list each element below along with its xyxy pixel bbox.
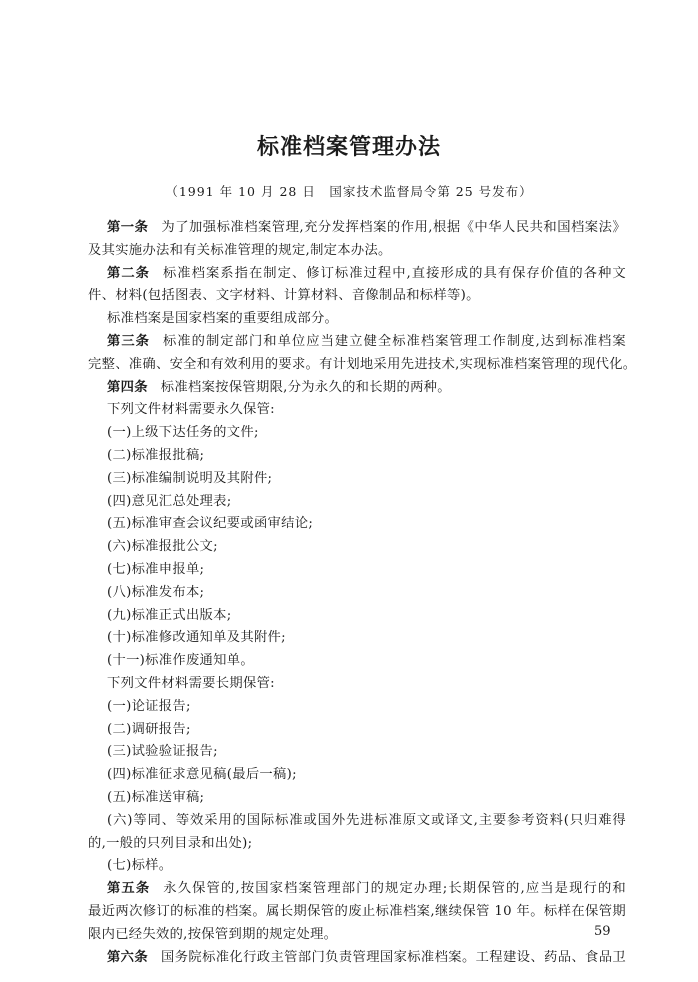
article-line: 第三条标准的制定部门和单位应当建立健全标准档案管理工作制度,达到标准档案 xyxy=(88,331,626,354)
line-text: (三)标准编制说明及其附件; xyxy=(107,471,272,486)
line-text: 永久保管的,按国家档案管理部门的规定办理;长期保管的,应当是现行的和 xyxy=(163,881,626,896)
text-line: (五)标准审查会议纪要或函审结论; xyxy=(88,513,626,536)
text-line: 及其实施办法和有关标准管理的规定,制定本办法。 xyxy=(88,240,626,263)
line-text: (七)标准申报单; xyxy=(107,562,204,577)
text-line: (三)标准编制说明及其附件; xyxy=(88,468,626,491)
line-text: (七)标样。 xyxy=(107,858,172,873)
text-line: (十一)标准作废通知单。 xyxy=(88,650,626,673)
document-body: 第一条为了加强标准档案管理,充分发挥档案的作用,根据《中华人民共和国档案法》及其… xyxy=(88,217,626,969)
line-text: (五)标准审查会议纪要或函审结论; xyxy=(107,516,313,531)
line-text: 下列文件材料需要永久保管: xyxy=(107,402,275,417)
line-text: (五)标准送审稿; xyxy=(107,790,204,805)
article-line: 第四条标准档案按保管期限,分为永久的和长期的两种。 xyxy=(88,377,626,400)
article-heading: 第二条 xyxy=(107,266,150,281)
line-text: (二)调研报告; xyxy=(107,722,191,737)
page-number: 59 xyxy=(594,924,611,939)
article-heading: 第三条 xyxy=(107,334,150,349)
text-line: (八)标准发布本; xyxy=(88,582,626,605)
line-text: 及其实施办法和有关标准管理的规定,制定本办法。 xyxy=(88,243,392,258)
line-text: (四)标准征求意见稿(最后一稿); xyxy=(107,767,297,782)
line-text: 标准档案按保管期限,分为永久的和长期的两种。 xyxy=(161,380,451,395)
text-line: 限内已经失效的,按保管到期的规定处理。 xyxy=(88,924,626,947)
line-text: (九)标准正式出版本; xyxy=(107,608,232,623)
line-text: (十一)标准作废通知单。 xyxy=(107,653,254,668)
line-text: (一)论证报告; xyxy=(107,699,191,714)
line-text: 标准的制定部门和单位应当建立健全标准档案管理工作制度,达到标准档案 xyxy=(163,334,626,349)
line-text: 为了加强标准档案管理,充分发挥档案的作用,根据《中华人民共和国档案法》 xyxy=(161,220,626,235)
text-line: 最近两次修订的标准的档案。属长期保管的废止标准档案,继续保管 10 年。标样在保… xyxy=(88,901,626,924)
line-text: 国务院标准化行政主管部门负责管理国家标准档案。工程建设、药品、食品卫 xyxy=(161,950,626,965)
text-line: (二)标准报批稿; xyxy=(88,445,626,468)
text-line: (十)标准修改通知单及其附件; xyxy=(88,627,626,650)
line-text: 最近两次修订的标准的档案。属长期保管的废止标准档案,继续保管 10 年。标样在保… xyxy=(88,904,626,919)
line-text: 下列文件材料需要长期保管: xyxy=(107,676,275,691)
text-line: (六)标准报批公文; xyxy=(88,536,626,559)
text-line: (六)等同、等效采用的国际标准或国外先进标准原文或译文,主要参考资料(只归难得 xyxy=(88,810,626,833)
line-text: (四)意见汇总处理表; xyxy=(107,494,232,509)
line-text: 件、材料(包括图表、文字材料、计算材料、音像制品和标样等)。 xyxy=(88,288,480,303)
document-subtitle: （1991 年 10 月 28 日 国家技术监督局令第 25 号发布） xyxy=(0,182,698,200)
article-line: 第二条标准档案系指在制定、修订标准过程中,直接形成的具有保存价值的各种文 xyxy=(88,263,626,286)
text-line: (一)论证报告; xyxy=(88,696,626,719)
text-line: 件、材料(包括图表、文字材料、计算材料、音像制品和标样等)。 xyxy=(88,285,626,308)
text-line: 完整、准确、安全和有效利用的要求。有计划地采用先进技术,实现标准档案管理的现代化… xyxy=(88,354,626,377)
text-line: (一)上级下达任务的文件; xyxy=(88,422,626,445)
article-heading: 第五条 xyxy=(107,881,150,896)
text-line: (三)试验验证报告; xyxy=(88,741,626,764)
article-heading: 第六条 xyxy=(107,950,148,965)
line-text: 的,一般的只列目录和出处); xyxy=(88,836,252,851)
line-text: 完整、准确、安全和有效利用的要求。有计划地采用先进技术,实现标准档案管理的现代化… xyxy=(88,357,636,372)
line-text: 标准档案是国家档案的重要组成部分。 xyxy=(107,311,338,326)
text-line: 下列文件材料需要永久保管: xyxy=(88,399,626,422)
line-text: (一)上级下达任务的文件; xyxy=(107,425,259,440)
text-line: 标准档案是国家档案的重要组成部分。 xyxy=(88,308,626,331)
text-line: (七)标准申报单; xyxy=(88,559,626,582)
text-line: (九)标准正式出版本; xyxy=(88,605,626,628)
line-text: (六)等同、等效采用的国际标准或国外先进标准原文或译文,主要参考资料(只归难得 xyxy=(107,813,626,828)
article-line: 第一条为了加强标准档案管理,充分发挥档案的作用,根据《中华人民共和国档案法》 xyxy=(88,217,626,240)
text-line: 的,一般的只列目录和出处); xyxy=(88,833,626,856)
article-line: 第六条国务院标准化行政主管部门负责管理国家标准档案。工程建设、药品、食品卫 xyxy=(88,947,626,970)
article-heading: 第一条 xyxy=(107,220,148,235)
line-text: 限内已经失效的,按保管到期的规定处理。 xyxy=(88,927,337,942)
line-text: 标准档案系指在制定、修订标准过程中,直接形成的具有保存价值的各种文 xyxy=(163,266,626,281)
article-line: 第五条永久保管的,按国家档案管理部门的规定办理;长期保管的,应当是现行的和 xyxy=(88,878,626,901)
article-heading: 第四条 xyxy=(107,380,148,395)
text-line: (二)调研报告; xyxy=(88,719,626,742)
text-line: (四)标准征求意见稿(最后一稿); xyxy=(88,764,626,787)
line-text: (六)标准报批公文; xyxy=(107,539,218,554)
text-line: (七)标样。 xyxy=(88,855,626,878)
line-text: (十)标准修改通知单及其附件; xyxy=(107,630,286,645)
line-text: (三)试验验证报告; xyxy=(107,744,218,759)
text-line: 下列文件材料需要长期保管: xyxy=(88,673,626,696)
document-title: 标准档案管理办法 xyxy=(0,130,698,161)
text-line: (五)标准送审稿; xyxy=(88,787,626,810)
text-line: (四)意见汇总处理表; xyxy=(88,491,626,514)
line-text: (八)标准发布本; xyxy=(107,585,204,600)
line-text: (二)标准报批稿; xyxy=(107,448,204,463)
